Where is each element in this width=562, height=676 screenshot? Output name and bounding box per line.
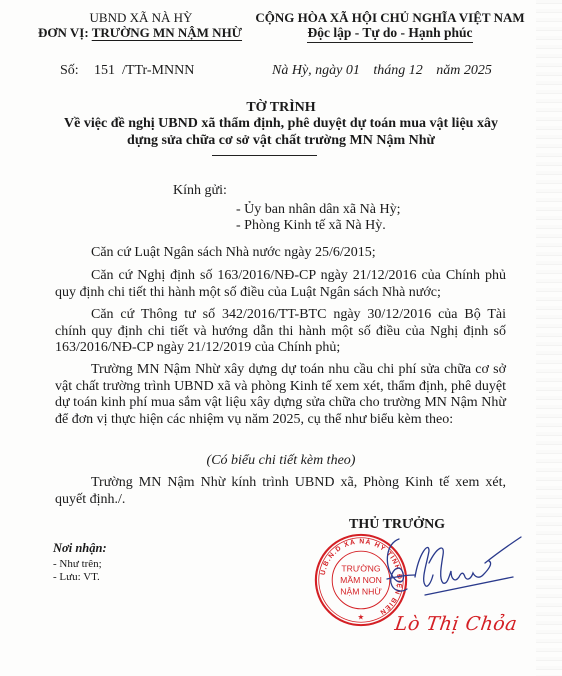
issuing-agency: UBND XÃ NÀ HỲ [85,10,197,26]
date-place: Nà Hỳ, ngày [272,63,342,79]
addressee-item: - Ủy ban nhân dân xã Nà Hỳ; [236,202,400,218]
date-month: 12 [409,63,423,79]
handwritten-signature-icon [385,533,525,605]
body-paragraph: Căn cứ Thông tư số 342/2016/TT-BTC ngày … [55,307,506,357]
issuing-unit: ĐƠN VỊ: TRƯỜNG MN NẬM NHỪ [38,25,242,41]
paragraph-text: Trường MN Nậm Nhừ kính trình UBND xã, Ph… [55,475,506,508]
date-line: Nà Hỳ, ngày 01 tháng 12 năm 2025 [272,63,492,79]
national-title: CỘNG HÒA XÃ HỘI CHỦ NGHĨA VIỆT NAM [251,10,529,26]
svg-text:NẬM NHỪ: NẬM NHỪ [340,586,382,596]
date-year-label: năm [436,63,460,79]
signer-title: THỦ TRƯỞNG [349,517,445,533]
svg-text:TRƯỜNG: TRƯỜNG [341,563,380,573]
recipient-item: - Lưu: VT. [53,571,100,583]
paragraph-text: Căn cứ Luật Ngân sách Nhà nước ngày 25/6… [55,245,506,262]
reference-number: Số:151/TTr-MNNN [60,63,194,79]
ref-label: Số: [60,63,94,79]
paragraph-text: Căn cứ Thông tư số 342/2016/TT-BTC ngày … [55,307,506,357]
body-paragraph: Căn cứ Nghị định số 163/2016/NĐ-CP ngày … [55,268,506,301]
ref-suffix: /TTr-MNNN [122,63,194,79]
date-month-label: tháng [373,63,405,79]
title-underline [212,155,317,156]
recipients-label: Nơi nhận: [53,541,107,556]
date-day: 01 [346,63,360,79]
document-page: UBND XÃ NÀ HỲ ĐƠN VỊ: TRƯỜNG MN NẬM NHỪ … [0,0,562,676]
unit-name: TRƯỜNG MN NẬM NHỪ [92,25,242,40]
subject-line-2: dựng sửa chữa cơ sở vật chất trường MN N… [0,133,562,149]
subject-line-1: Về việc đề nghị UBND xã thẩm định, phê d… [0,116,562,132]
addressee-item: - Phòng Kinh tế xã Nà Hỳ. [236,218,386,234]
recipient-item: - Như trên; [53,558,102,570]
svg-text:★: ★ [358,612,365,621]
motto-text: Độc lập - Tự do - Hạnh phúc [307,25,472,43]
addressee-label: Kính gửi: [173,183,227,199]
attachment-note: (Có biểu chi tiết kèm theo) [0,453,562,469]
unit-prefix: ĐƠN VỊ: [38,25,92,40]
paragraph-text: Căn cứ Nghị định số 163/2016/NĐ-CP ngày … [55,268,506,301]
closing-paragraph: Trường MN Nậm Nhừ kính trình UBND xã, Ph… [55,475,506,508]
body-paragraph: Trường MN Nậm Nhừ xây dựng dự toán nhu c… [55,362,506,428]
body-paragraph: Căn cứ Luật Ngân sách Nhà nước ngày 25/6… [55,245,506,262]
ref-number: 151 [94,63,122,79]
signer-name: Lò Thị Chỏa [393,613,518,635]
date-year: 2025 [464,63,492,79]
document-type: TỜ TRÌNH [0,100,562,116]
national-motto: Độc lập - Tự do - Hạnh phúc [251,25,529,41]
svg-text:MẦM NON: MẦM NON [340,575,382,585]
paragraph-text: Trường MN Nậm Nhừ xây dựng dự toán nhu c… [55,362,506,428]
